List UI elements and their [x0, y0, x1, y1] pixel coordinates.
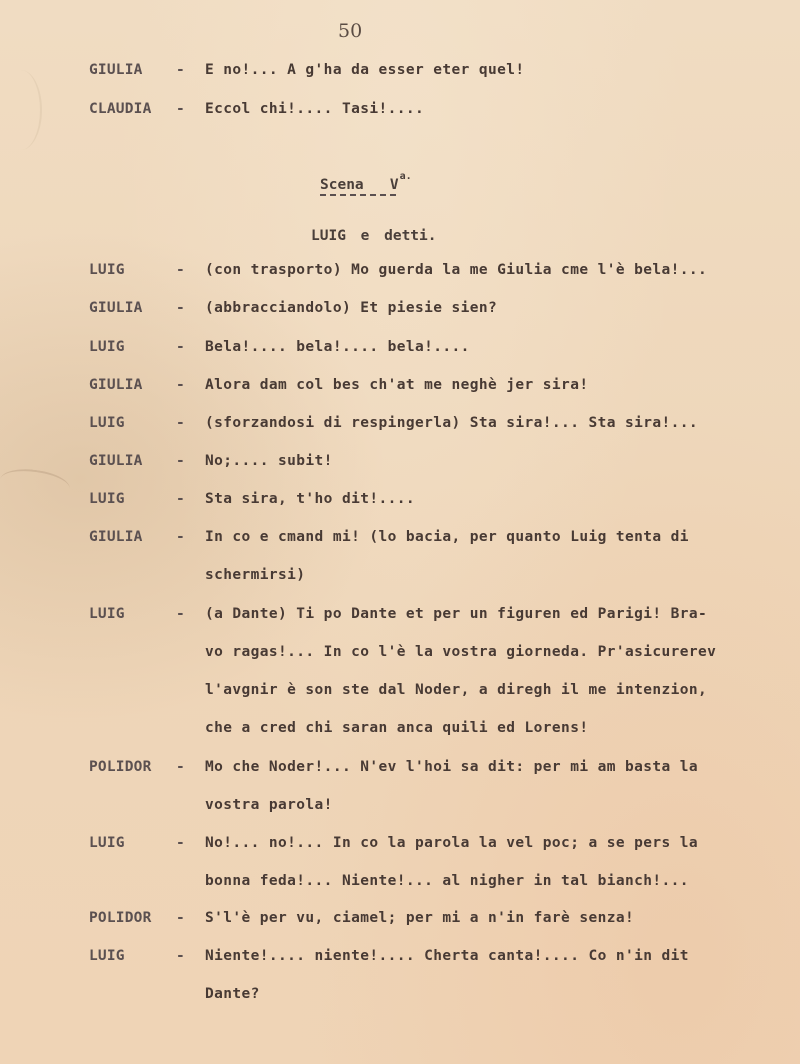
speaker-dash: - — [176, 453, 185, 469]
speaker-dash: - — [176, 910, 185, 926]
speaker-dash: - — [176, 835, 185, 851]
dialogue-text: (sforzandosi di respingerla) Sta sira!..… — [205, 415, 698, 431]
speaker-name: LUIG — [89, 415, 169, 431]
speaker-name: GIULIA — [89, 62, 169, 78]
dialogue-text: Mo che Noder!... N'ev l'hoi sa dit: per … — [205, 759, 698, 775]
speaker-dash: - — [176, 948, 185, 964]
dialogue-text: (con trasporto) Mo guerda la me Giulia c… — [205, 262, 707, 278]
speaker-dash: - — [176, 300, 185, 316]
speaker-name: CLAUDIA — [89, 101, 169, 117]
speaker-dash: - — [176, 339, 185, 355]
dialogue-text: E no!... A g'ha da esser eter quel! — [205, 62, 525, 78]
dialogue-text: No;.... subit! — [205, 453, 333, 469]
speaker-name: POLIDOR — [89, 910, 169, 926]
dialogue-text: Dante? — [205, 986, 260, 1002]
speaker-dash: - — [176, 529, 185, 545]
speaker-name: GIULIA — [89, 529, 169, 545]
speaker-name: LUIG — [89, 262, 169, 278]
dialogue-text: Alora dam col bes ch'at me neghè jer sir… — [205, 377, 588, 393]
dialogue-text: No!... no!... In co la parola la vel poc… — [205, 835, 698, 851]
dialogue-text: Niente!.... niente!.... Cherta canta!...… — [205, 948, 689, 964]
dialogue-text: l'avgnir è son ste dal Noder, a diregh i… — [205, 682, 707, 698]
scene-number: V — [390, 177, 399, 193]
speaker-name: GIULIA — [89, 300, 169, 316]
dialogue-text: S'l'è per vu, ciamel; per mi a n'in farè… — [205, 910, 634, 926]
dialogue-text: Sta sira, t'ho dit!.... — [205, 491, 415, 507]
page-number: 50 — [338, 20, 362, 42]
scene-number-superscript: a. — [400, 171, 412, 182]
dialogue-text: bonna feda!... Niente!... al nigher in t… — [205, 873, 689, 889]
speaker-name: LUIG — [89, 339, 169, 355]
speaker-dash: - — [176, 377, 185, 393]
speaker-dash: - — [176, 491, 185, 507]
speaker-dash: - — [176, 759, 185, 775]
scene-cast-list: LUIG e detti. — [311, 228, 437, 244]
speaker-dash: - — [176, 62, 185, 78]
dialogue-text: (abbracciandolo) Et piesie sien? — [205, 300, 497, 316]
speaker-dash: - — [176, 606, 185, 622]
dialogue-text: (a Dante) Ti po Dante et per un figuren … — [205, 606, 707, 622]
scene-label: Scena — [320, 177, 364, 193]
dialogue-text: schermirsi) — [205, 567, 305, 583]
speaker-name: GIULIA — [89, 377, 169, 393]
speaker-dash: - — [176, 101, 185, 117]
speaker-name: LUIG — [89, 948, 169, 964]
speaker-name: LUIG — [89, 835, 169, 851]
typescript-page: 50 GIULIA - E no!... A g'ha da esser ete… — [0, 0, 800, 1064]
dialogue-text: Eccol chi!.... Tasi!.... — [205, 101, 424, 117]
paper-edge-wrinkle — [0, 70, 42, 150]
speaker-name: LUIG — [89, 606, 169, 622]
speaker-dash: - — [176, 262, 185, 278]
dialogue-text: che a cred chi saran anca quili ed Loren… — [205, 720, 588, 736]
paper-fold-crease — [0, 465, 72, 502]
speaker-dash: - — [176, 415, 185, 431]
speaker-name: GIULIA — [89, 453, 169, 469]
dialogue-text: Bela!.... bela!.... bela!.... — [205, 339, 470, 355]
dialogue-text: vo ragas!... In co l'è la vostra giorned… — [205, 644, 716, 660]
scene-underline — [320, 194, 396, 196]
speaker-name: LUIG — [89, 491, 169, 507]
speaker-name: POLIDOR — [89, 759, 169, 775]
dialogue-text: vostra parola! — [205, 797, 333, 813]
dialogue-text: In co e cmand mi! (lo bacia, per quanto … — [205, 529, 689, 545]
scene-heading: Scena Va. — [320, 175, 412, 193]
